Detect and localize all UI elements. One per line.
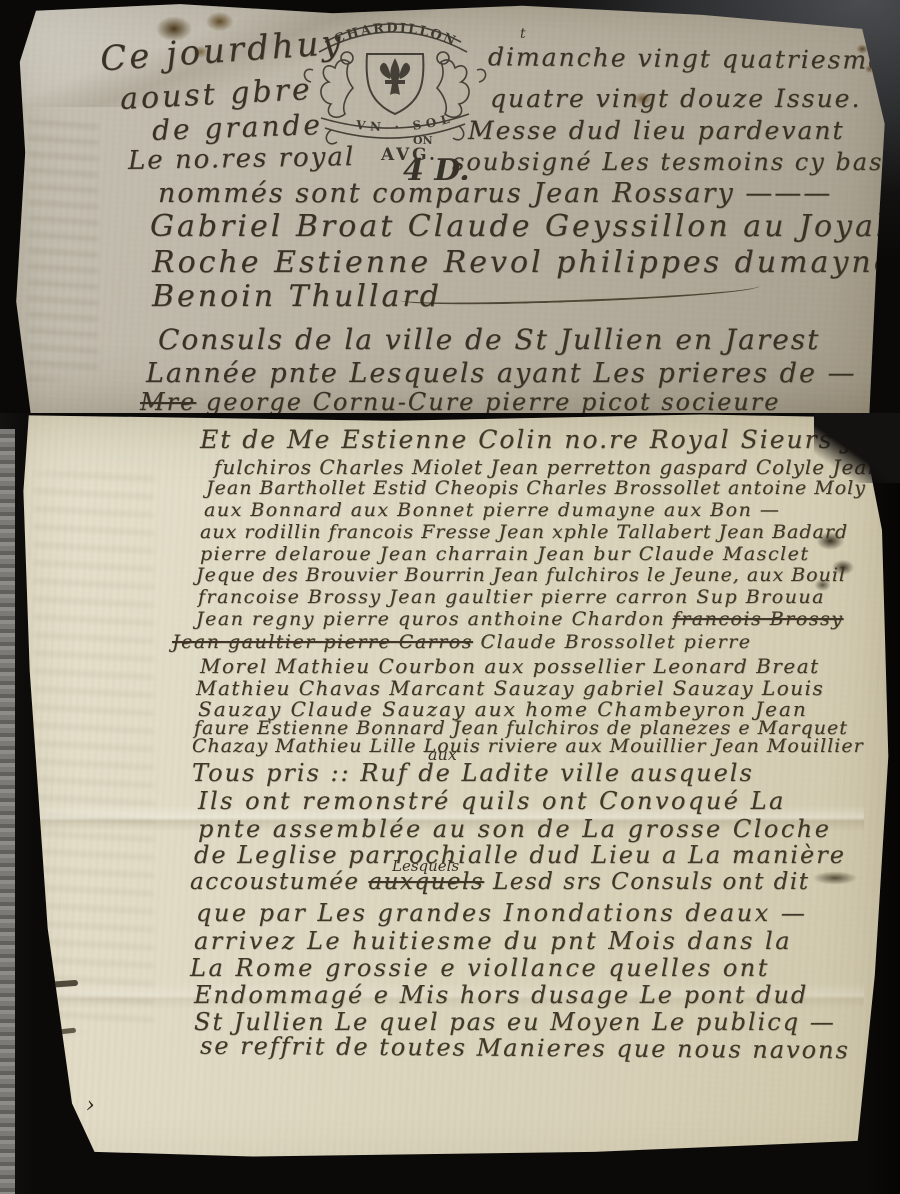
manuscript-line: pnte assemblée au son de La grosse Cloch… — [198, 817, 831, 841]
manuscript-line: Messe dud lieu pardevant — [468, 118, 845, 143]
line-text: accoustumée — [190, 869, 368, 895]
manuscript-line: francoise Brossy Jean gaultier pierre ca… — [198, 588, 825, 607]
manuscript-line: nommés sont comparus Jean Rossary ——— — [158, 180, 832, 207]
manuscript-line: Lannée pnte Lesquels ayant Les prieres d… — [146, 360, 857, 387]
manuscript-line: quatre vingt douze Issue. — [490, 86, 861, 111]
pen-flourish — [400, 279, 760, 307]
manuscript-line: Chazay Mathieu Lille Louis riviere aux M… — [192, 737, 864, 756]
manuscript-line: de grande — [152, 111, 324, 145]
struck-word: Mre — [140, 388, 196, 413]
manuscript-line: fulchiros Charles Miolet Jean perretton … — [214, 457, 881, 477]
manuscript-line: Le no.res royal — [128, 144, 356, 174]
manuscript-photo-1: CHARDILLON VN · SOL ON AVG. 4 D. Ce jour… — [0, 0, 900, 413]
manuscript-line: Sauzay Claude Sauzay aux home Chambeyron… — [198, 699, 808, 719]
torn-corner-shadow — [814, 413, 900, 483]
struck-word: Jean gaultier pierre Carros — [172, 631, 473, 653]
manuscript-line: soubsigné Les tesmoins cy bas — [452, 150, 883, 174]
superscript-mark: t — [520, 26, 526, 42]
manuscript-line: Gabriel Broat Claude Geyssillon au Joyal — [150, 212, 888, 242]
manuscript-line: St Jullien Le quel pas eu Moyen Le publi… — [194, 1010, 836, 1034]
manuscript-line: dimanche vingt quatriesme — [488, 44, 885, 72]
manuscript-line: de Leglise parrochialle dud Lieu a La ma… — [194, 843, 846, 867]
manuscript-line: Jean gaultier pierre Carros Claude Bross… — [172, 633, 752, 652]
margin-dash — [50, 1028, 76, 1036]
manuscript-line: La Rome grossie e viollance quelles ont — [190, 956, 770, 980]
manuscript-line: Tous pris :: Ruf de Ladite ville ausquel… — [192, 761, 754, 785]
manuscript-photo-2: › Et de Me Estienne Colin no.re Royal Si… — [0, 413, 900, 1194]
paper-sheet-2: › Et de Me Estienne Colin no.re Royal Si… — [0, 413, 900, 1194]
manuscript-line: que par Les grandes Inondations deaux — — [196, 901, 807, 925]
manuscript-line: Roche Estienne Revol philippes dumaynel — [152, 248, 900, 278]
margin-mark: › — [86, 1093, 95, 1118]
struck-word: francois Brossy — [673, 608, 844, 630]
line-text: Claude Brossollet pierre — [473, 631, 752, 653]
manuscript-line: aux Bonnard aux Bonnet pierre dumayne au… — [204, 501, 780, 520]
manuscript-line: se reffrit de toutes Manieres que nous n… — [200, 1034, 850, 1063]
manuscript-line: Et de Me Estienne Colin no.re Royal Sieu… — [200, 427, 900, 452]
svg-text:CHARDILLON: CHARDILLON — [332, 21, 459, 50]
svg-text:VN · SOL: VN · SOL — [354, 111, 455, 135]
stamp-banner-text: CHARDILLON — [332, 21, 459, 50]
manuscript-line: accoustumée auxquels Lesd srs Consuls on… — [190, 871, 809, 894]
manuscript-line: aux rodillin francois Fresse Jean xphle … — [200, 523, 848, 542]
struck-word: auxquels — [368, 869, 484, 895]
manuscript-line: Jean regny pierre quros anthoine Chardon… — [196, 610, 844, 629]
manuscript-line: Mathieu Chavas Marcant Sauzay gabriel Sa… — [196, 678, 824, 698]
paper-sheet-1: CHARDILLON VN · SOL ON AVG. 4 D. Ce jour… — [0, 0, 900, 413]
book-gutter — [0, 429, 15, 1194]
manuscript-line: Jean Barthollet Estid Cheopis Charles Br… — [206, 479, 866, 498]
margin-dash — [44, 980, 78, 988]
manuscript-line: arrivez Le huitiesme du pnt Mois dans la — [194, 929, 792, 953]
manuscript-line: Consuls de la ville de St Jullien en Jar… — [158, 326, 820, 354]
manuscript-line: Benoin Thullard — [152, 282, 442, 312]
bleed-through-marks — [34, 473, 154, 1033]
manuscript-line: pierre delaroue Jean charrain Jean bur C… — [200, 545, 810, 564]
manuscript-line: Endommagé e Mis hors dusage Le pont dud — [194, 983, 808, 1007]
line-text: george Cornu-Cure pierre picot socieure — [196, 388, 780, 413]
line-text: Jean regny pierre quros anthoine Chardon — [196, 608, 673, 630]
bleed-through-marks — [28, 120, 98, 380]
manuscript-line: Mre george Cornu-Cure pierre picot socie… — [140, 390, 780, 413]
manuscript-line: Morel Mathieu Courbon aux possellier Leo… — [200, 656, 820, 676]
manuscript-line: Ils ont remonstré quils ont Convoqué La — [198, 789, 786, 813]
line-text: Lesd srs Consuls ont dit — [484, 869, 809, 895]
manuscript-line: Jeque des Brouvier Bourrin Jean fulchiro… — [196, 566, 846, 585]
photo-canvas: CHARDILLON VN · SOL ON AVG. 4 D. Ce jour… — [0, 0, 900, 1194]
stamp-ribbon-text: VN · SOL — [354, 111, 455, 135]
